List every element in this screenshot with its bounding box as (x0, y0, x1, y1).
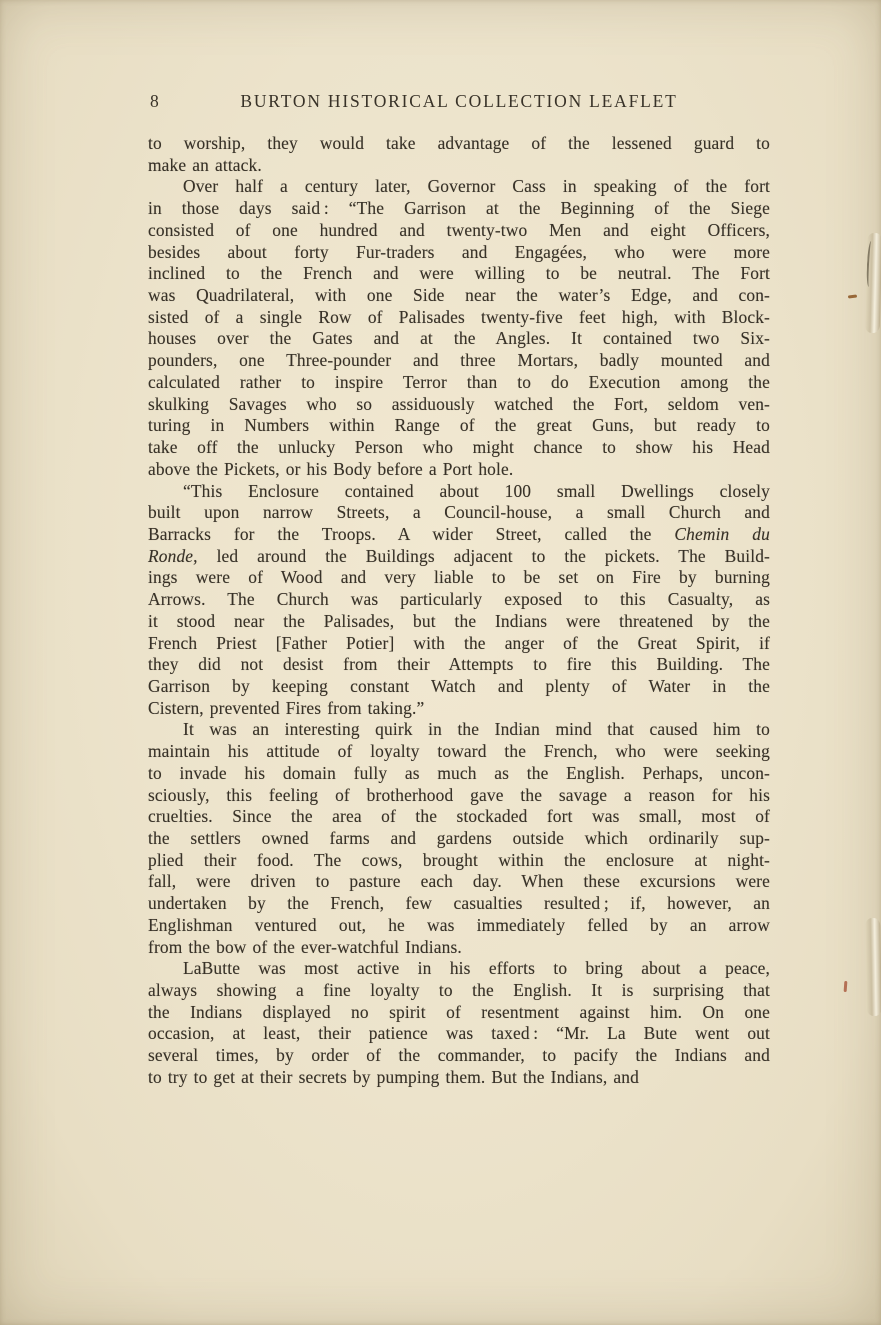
text-line: pounders, one Three-pounder and three Mo… (148, 350, 770, 372)
text-line: plied their food. The cows, brought with… (148, 850, 770, 872)
page-header: 8 BURTON HISTORICAL COLLECTION LEAFLET (148, 91, 770, 113)
text-segment: built upon narrow Streets, a Council-hou… (148, 502, 770, 522)
page-number: 8 (150, 91, 159, 112)
text-segment: plied their food. The cows, brought with… (148, 850, 770, 870)
text-line: to invade his domain fully as much as th… (148, 763, 770, 785)
text-line: consisted of one hundred and twenty-two … (148, 220, 770, 242)
text-line: calculated rather to inspire Terror than… (148, 372, 770, 394)
text-segment: pounders, one Three-pounder and three Mo… (148, 350, 770, 370)
text-segment: led around the Buildings adjacent to the… (198, 546, 770, 566)
text-line: to worship, they would take advantage of… (148, 133, 770, 155)
text-segment: the Indians displayed no spirit of resen… (148, 1002, 770, 1022)
book-page: 8 BURTON HISTORICAL COLLECTION LEAFLET t… (0, 0, 881, 1325)
body-text: to worship, they would take advantage of… (148, 133, 770, 1089)
text-line: it stood near the Palisades, but the Ind… (148, 611, 770, 633)
paragraph: LaButte was most active in his efforts t… (148, 958, 770, 1088)
italic-text-segment: Chemin du (674, 524, 770, 544)
text-segment: fall, were driven to pasture each day. W… (148, 871, 770, 891)
text-line: maintain his attitude of loyalty toward … (148, 741, 770, 763)
page-edge-artifact-bottom (865, 918, 881, 1016)
text-line: houses over the Gates and at the Angles.… (148, 328, 770, 350)
text-line: Englishman ventured out, he was immediat… (148, 915, 770, 937)
text-segment: cruelties. Since the area of the stockad… (148, 806, 770, 826)
text-segment: Garrison by keeping constant Watch and p… (148, 676, 770, 696)
text-segment: they did not desist from their Attempts … (148, 654, 770, 674)
running-title: BURTON HISTORICAL COLLECTION LEAFLET (148, 91, 770, 112)
text-segment: Arrows. The Church was particularly expo… (148, 589, 770, 609)
text-line: was Quadrilateral, with one Side near th… (148, 285, 770, 307)
text-line: occasion, at least, their patience was t… (148, 1023, 770, 1045)
text-segment: occasion, at least, their patience was t… (148, 1023, 770, 1043)
text-segment: houses over the Gates and at the Angles.… (148, 328, 770, 348)
text-segment: LaButte was most active in his efforts t… (183, 958, 770, 978)
text-line: to try to get at their secrets by pumpin… (148, 1067, 770, 1089)
text-line: make an attack. (148, 155, 770, 177)
text-line: the Indians displayed no spirit of resen… (148, 1002, 770, 1024)
text-line: sciously, this feeling of brotherhood ga… (148, 785, 770, 807)
text-segment: It was an interesting quirk in the India… (183, 719, 770, 739)
text-line: sisted of a single Row of Palisades twen… (148, 307, 770, 329)
ink-speck-bottom (844, 981, 848, 992)
text-line: turing in Numbers within Range of the gr… (148, 415, 770, 437)
text-segment: was Quadrilateral, with one Side near th… (148, 285, 770, 305)
text-line: several times, by order of the commander… (148, 1045, 770, 1067)
text-line: from the bow of the ever-watchful Indian… (148, 937, 770, 959)
text-segment: skulking Savages who so assiduously watc… (148, 394, 770, 414)
text-segment: sisted of a single Row of Palisades twen… (148, 307, 770, 327)
text-segment: above the Pickets, or his Body before a … (148, 459, 513, 479)
paragraph: to worship, they would take advantage of… (148, 133, 770, 176)
text-segment: Barracks for the Troops. A wider Street,… (148, 524, 674, 544)
text-line: the settlers owned farms and gardens out… (148, 828, 770, 850)
paragraph: “This Enclosure contained about 100 smal… (148, 481, 770, 720)
text-line: above the Pickets, or his Body before a … (148, 459, 770, 481)
text-segment: Englishman ventured out, he was immediat… (148, 915, 770, 935)
text-line: besides about forty Fur-traders and Enga… (148, 242, 770, 264)
text-line: fall, were driven to pasture each day. W… (148, 871, 770, 893)
text-line: in those days said : “The Garrison at th… (148, 198, 770, 220)
text-line: Over half a century later, Governor Cass… (148, 176, 770, 198)
text-segment: sciously, this feeling of brotherhood ga… (148, 785, 770, 805)
text-line: “This Enclosure contained about 100 smal… (148, 481, 770, 503)
text-segment: inclined to the French and were willing … (148, 263, 770, 283)
text-segment: make an attack. (148, 155, 262, 175)
text-segment: turing in Numbers within Range of the gr… (148, 415, 770, 435)
text-line: skulking Savages who so assiduously watc… (148, 394, 770, 416)
text-segment: French Priest [Father Potier] with the a… (148, 633, 770, 653)
text-segment: undertaken by the French, few casualties… (148, 893, 770, 913)
ink-speck-top (848, 294, 857, 298)
text-segment: “This Enclosure contained about 100 smal… (183, 481, 770, 501)
paragraph: Over half a century later, Governor Cass… (148, 176, 770, 480)
text-segment: always showing a fine loyalty to the Eng… (148, 980, 770, 1000)
text-segment: to worship, they would take advantage of… (148, 133, 770, 153)
text-line: always showing a fine loyalty to the Eng… (148, 980, 770, 1002)
text-segment: to try to get at their secrets by pumpin… (148, 1067, 639, 1087)
text-segment: in those days said : “The Garrison at th… (148, 198, 770, 218)
text-line: LaButte was most active in his efforts t… (148, 958, 770, 980)
text-segment: it stood near the Palisades, but the Ind… (148, 611, 770, 631)
text-segment: consisted of one hundred and twenty-two … (148, 220, 770, 240)
text-line: take off the unlucky Person who might ch… (148, 437, 770, 459)
text-line: Cistern, prevented Fires from taking.” (148, 698, 770, 720)
text-line: Barracks for the Troops. A wider Street,… (148, 524, 770, 546)
text-segment: the settlers owned farms and gardens out… (148, 828, 770, 848)
text-segment: ings were of Wood and very liable to be … (148, 567, 770, 587)
text-segment: take off the unlucky Person who might ch… (148, 437, 770, 457)
text-line: Garrison by keeping constant Watch and p… (148, 676, 770, 698)
text-segment: maintain his attitude of loyalty toward … (148, 741, 770, 761)
text-segment: Cistern, prevented Fires from taking.” (148, 698, 424, 718)
text-line: ings were of Wood and very liable to be … (148, 567, 770, 589)
text-segment: from the bow of the ever-watchful Indian… (148, 937, 462, 957)
text-line: inclined to the French and were willing … (148, 263, 770, 285)
text-segment: calculated rather to inspire Terror than… (148, 372, 770, 392)
text-line: they did not desist from their Attempts … (148, 654, 770, 676)
text-line: built upon narrow Streets, a Council-hou… (148, 502, 770, 524)
text-segment: Over half a century later, Governor Cass… (183, 176, 770, 196)
text-segment: besides about forty Fur-traders and Enga… (148, 242, 770, 262)
italic-text-segment: Ronde, (148, 546, 198, 566)
text-segment: to invade his domain fully as much as th… (148, 763, 770, 783)
text-line: French Priest [Father Potier] with the a… (148, 633, 770, 655)
text-line: undertaken by the French, few casualties… (148, 893, 770, 915)
text-segment: several times, by order of the commander… (148, 1045, 770, 1065)
paragraph: It was an interesting quirk in the India… (148, 719, 770, 958)
text-line: It was an interesting quirk in the India… (148, 719, 770, 741)
text-line: Ronde, led around the Buildings adjacent… (148, 546, 770, 568)
text-line: Arrows. The Church was particularly expo… (148, 589, 770, 611)
text-line: cruelties. Since the area of the stockad… (148, 806, 770, 828)
